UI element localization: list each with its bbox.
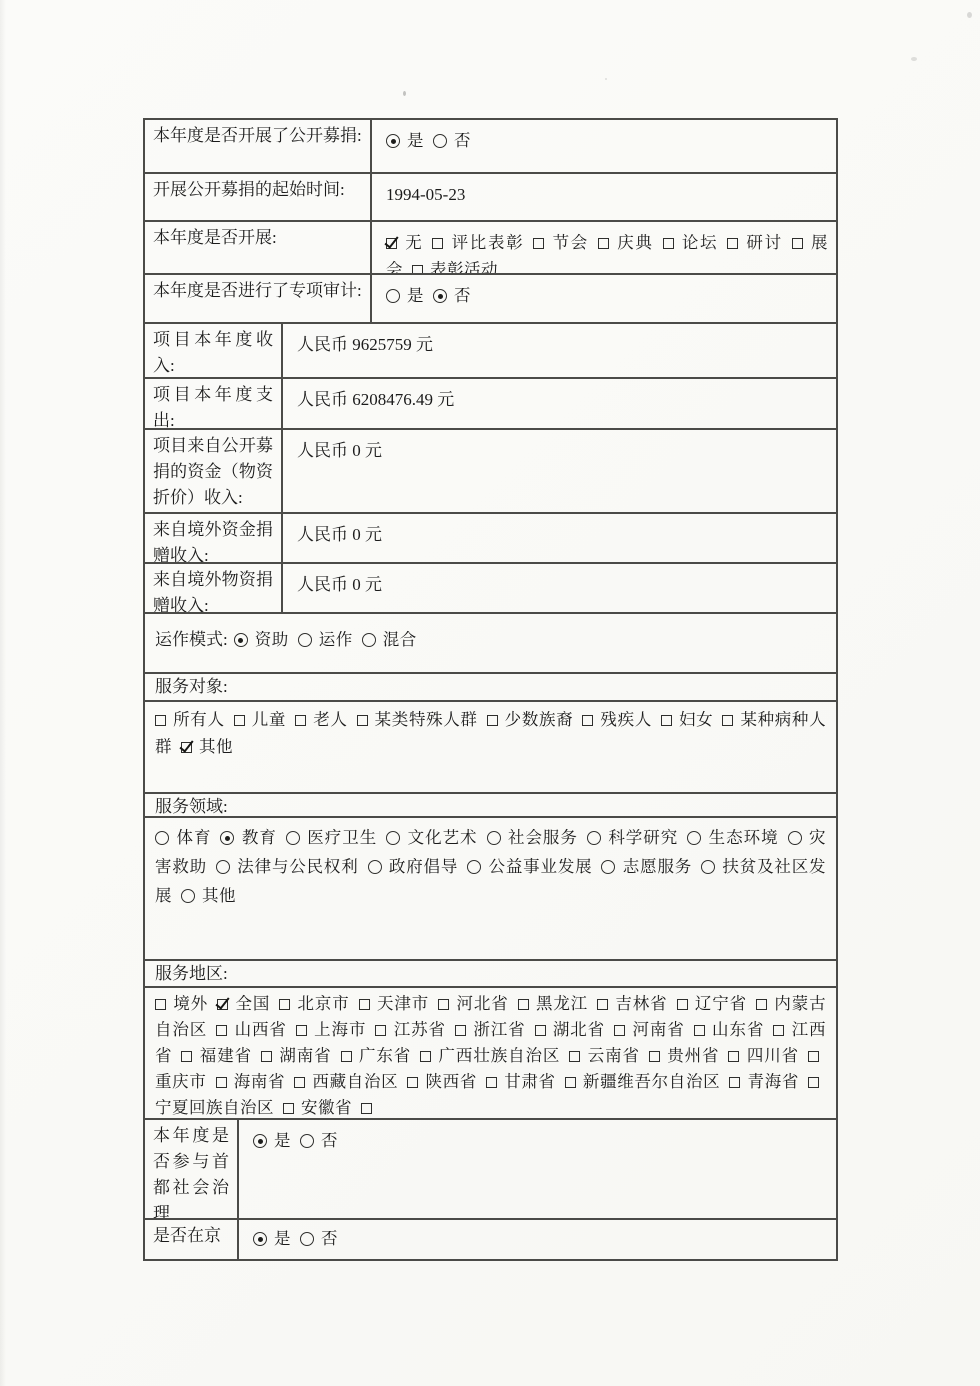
checkbox-option: 新疆维吾尔自治区 xyxy=(565,1072,721,1091)
checkbox-icon xyxy=(375,1025,386,1036)
section-header-service-area: 服务地区: xyxy=(145,961,836,988)
annual-report-form-table: 本年度是否开展了公开募捐: 是否 开展公开募捐的起始时间: 1994-05-23… xyxy=(143,118,838,1261)
money-value: 人民币 0 元 xyxy=(283,514,836,562)
checkbox-icon xyxy=(296,1025,307,1036)
section-header-service-field: 服务领域: xyxy=(145,794,836,818)
checkbox-icon xyxy=(598,238,609,249)
option-label: 评比表彰 xyxy=(450,233,524,252)
checkbox-group: 无评比表彰节会庆典论坛研讨展会表彰活动 xyxy=(386,233,828,273)
option-label: 上海市 xyxy=(314,1020,367,1039)
option-label: 河南省 xyxy=(632,1020,685,1039)
option-label: 安徽省 xyxy=(301,1098,352,1117)
checkbox-option: 全国 xyxy=(217,994,270,1013)
radio-option: 否 xyxy=(300,1229,338,1248)
option-label: 其他 xyxy=(202,886,236,905)
option-label: 混合 xyxy=(383,630,417,649)
checkbox-option: 湖南省 xyxy=(261,1046,332,1065)
checkbox-option: 某类特殊人群 xyxy=(357,710,478,729)
form-row-fundraising-start-date: 开展公开募捐的起始时间: 1994-05-23 xyxy=(145,174,836,222)
checkbox-option: 河北省 xyxy=(438,994,508,1013)
option-label: 黑龙江 xyxy=(536,994,588,1013)
scan-artifact xyxy=(605,78,607,80)
option-label: 残疾人 xyxy=(600,710,652,729)
option-label: 庆典 xyxy=(616,233,654,252)
option-label: 生态环境 xyxy=(708,828,778,847)
option-label: 是 xyxy=(274,1131,291,1150)
form-row-public-fundraising-income: 项目来自公开募捐的资金（物资折价）收入: 人民币 0 元 xyxy=(145,430,836,514)
scanned-document-page: 本年度是否开展了公开募捐: 是否 开展公开募捐的起始时间: 1994-05-23… xyxy=(0,0,980,1386)
radio-group: 体育教育医疗卫生文化艺术社会服务科学研究生态环境灾害救助法律与公民权利政府倡导公… xyxy=(155,828,826,905)
checkbox-option: 境外 xyxy=(155,994,208,1013)
radio-option: 体育 xyxy=(155,828,211,847)
radio-icon xyxy=(362,633,376,647)
option-label: 境外 xyxy=(173,994,208,1013)
option-label: 所有人 xyxy=(173,710,225,729)
radio-icon xyxy=(587,831,601,845)
radio-option: 政府倡导 xyxy=(368,857,459,876)
option-label: 陕西省 xyxy=(425,1072,477,1091)
option-label: 政府倡导 xyxy=(389,857,459,876)
option-label: 儿童 xyxy=(252,710,286,729)
option-label: 湖南省 xyxy=(279,1046,332,1065)
option-label: 山东省 xyxy=(712,1020,765,1039)
option-label: 医疗卫生 xyxy=(307,828,377,847)
option-label: 研讨 xyxy=(745,233,783,252)
option-label: 运作 xyxy=(319,630,353,649)
checkbox-icon xyxy=(216,1077,227,1088)
checkbox-option: 庆典 xyxy=(598,233,654,252)
option-label: 青海省 xyxy=(747,1072,799,1091)
option-label: 江苏省 xyxy=(393,1020,446,1039)
checkbox-option xyxy=(361,1098,379,1117)
option-label: 北京市 xyxy=(297,994,349,1013)
checkbox-option: 贵州省 xyxy=(649,1046,720,1065)
option-label: 公益事业发展 xyxy=(488,857,592,876)
checkbox-icon xyxy=(533,238,544,249)
option-label: 西藏自治区 xyxy=(312,1072,398,1091)
checkbox-checked-icon xyxy=(217,999,228,1010)
option-label: 文化艺术 xyxy=(407,828,477,847)
checkbox-option: 浙江省 xyxy=(455,1020,526,1039)
checkbox-option: 广东省 xyxy=(341,1046,412,1065)
checkbox-icon xyxy=(283,1103,294,1114)
radio-option: 志愿服务 xyxy=(601,857,692,876)
money-value: 人民币 6208476.49 元 xyxy=(283,379,836,428)
radio-option: 文化艺术 xyxy=(386,828,477,847)
option-label: 否 xyxy=(454,131,471,150)
option-label: 湖北省 xyxy=(553,1020,606,1039)
section-header-service-target: 服务对象: xyxy=(145,674,836,702)
radio-group: 是否 xyxy=(386,286,480,305)
checkbox-icon xyxy=(582,715,593,726)
option-label: 辽宁省 xyxy=(695,994,747,1013)
radio-icon xyxy=(386,831,400,845)
checkbox-option: 湖北省 xyxy=(535,1020,606,1039)
radio-selected-icon xyxy=(253,1134,267,1148)
row-label: 本年度是否进行了专项审计: xyxy=(145,275,372,322)
radio-selected-icon xyxy=(433,289,447,303)
checkbox-icon xyxy=(729,1077,740,1088)
checkbox-icon xyxy=(569,1051,580,1062)
checkbox-icon xyxy=(518,999,529,1010)
radio-option: 生态环境 xyxy=(687,828,778,847)
checkbox-option: 青海省 xyxy=(729,1072,799,1091)
checkbox-option: 表彰活动 xyxy=(412,260,498,273)
option-label: 天津市 xyxy=(377,994,429,1013)
option-label: 全国 xyxy=(235,994,270,1013)
option-label: 福建省 xyxy=(199,1046,252,1065)
checkbox-icon xyxy=(694,1025,705,1036)
radio-selected-icon xyxy=(386,134,400,148)
option-label: 重庆市 xyxy=(155,1072,207,1091)
row-label: 是否在京 xyxy=(145,1220,239,1259)
checkbox-icon xyxy=(663,238,674,249)
checkbox-icon xyxy=(565,1077,576,1088)
radio-icon xyxy=(788,831,802,845)
form-row-overseas-fund-income: 来自境外资金捐赠收入: 人民币 0 元 xyxy=(145,514,836,564)
checkbox-icon xyxy=(614,1025,625,1036)
radio-option: 科学研究 xyxy=(587,828,678,847)
checkbox-icon xyxy=(487,715,498,726)
form-row-in-beijing: 是否在京 是否 xyxy=(145,1220,836,1259)
row-label: 来自境外物资捐赠收入: xyxy=(145,564,283,612)
checkbox-option: 天津市 xyxy=(359,994,429,1013)
checkbox-option: 论坛 xyxy=(663,233,719,252)
option-label: 甘肃省 xyxy=(504,1072,556,1091)
scan-artifact xyxy=(403,91,406,96)
checkbox-option: 安徽省 xyxy=(283,1098,352,1117)
option-label: 宁夏回族自治区 xyxy=(155,1098,274,1117)
date-value: 1994-05-23 xyxy=(372,174,836,220)
money-value: 人民币 0 元 xyxy=(283,564,836,612)
checkbox-option: 广西壮族自治区 xyxy=(420,1046,560,1065)
checkbox-checked-icon xyxy=(386,238,397,249)
option-label: 否 xyxy=(454,286,471,305)
radio-option: 混合 xyxy=(362,630,417,649)
radio-icon xyxy=(433,134,447,148)
checkbox-icon xyxy=(486,1077,497,1088)
form-row-annual-income: 项目本年度收入: 人民币 9625759 元 xyxy=(145,324,836,379)
checkbox-option: 福建省 xyxy=(181,1046,252,1065)
checkbox-icon xyxy=(727,238,738,249)
checkbox-icon xyxy=(279,999,290,1010)
scan-artifact xyxy=(967,12,972,18)
checkbox-icon xyxy=(773,1025,784,1036)
checkbox-option: 陕西省 xyxy=(407,1072,477,1091)
radio-icon xyxy=(155,831,169,845)
checkbox-group: 所有人儿童老人某类特殊人群少数族裔残疾人妇女某种病种人群其他 xyxy=(155,710,826,756)
radio-option: 是 xyxy=(253,1131,291,1150)
option-label: 贵州省 xyxy=(667,1046,720,1065)
radio-icon xyxy=(487,831,501,845)
row-label: 项目来自公开募捐的资金（物资折价）收入: xyxy=(145,430,283,512)
option-label: 其他 xyxy=(199,737,233,756)
form-row-public-fundraising: 本年度是否开展了公开募捐: 是否 xyxy=(145,120,836,174)
radio-option: 是 xyxy=(253,1229,291,1248)
option-label: 河北省 xyxy=(456,994,508,1013)
checkbox-option: 江苏省 xyxy=(375,1020,446,1039)
row-label: 来自境外资金捐赠收入: xyxy=(145,514,283,562)
checkbox-icon xyxy=(756,999,767,1010)
option-label: 论坛 xyxy=(681,233,719,252)
section-header-label: 服务领域: xyxy=(155,797,228,816)
radio-selected-icon xyxy=(234,633,248,647)
radio-icon xyxy=(386,289,400,303)
row-label: 项目本年度支出: xyxy=(145,379,283,428)
option-label: 社会服务 xyxy=(508,828,578,847)
checkbox-option: 妇女 xyxy=(661,710,713,729)
checkbox-option: 河南省 xyxy=(614,1020,685,1039)
checkbox-option: 残疾人 xyxy=(582,710,652,729)
checkbox-option: 辽宁省 xyxy=(677,994,747,1013)
option-label: 四川省 xyxy=(746,1046,799,1065)
service-target-options: 所有人儿童老人某类特殊人群少数族裔残疾人妇女某种病种人群其他 xyxy=(145,702,836,794)
radio-option: 其他 xyxy=(181,886,236,905)
form-row-activities-held: 本年度是否开展: 无评比表彰节会庆典论坛研讨展会表彰活动 xyxy=(145,222,836,275)
section-header-label: 服务对象: xyxy=(155,677,228,696)
radio-icon xyxy=(300,1232,314,1246)
form-row-overseas-material-income: 来自境外物资捐赠收入: 人民币 0 元 xyxy=(145,564,836,614)
option-label: 是 xyxy=(407,286,424,305)
checkbox-option: 吉林省 xyxy=(597,994,667,1013)
checkbox-icon xyxy=(295,715,306,726)
checkbox-icon xyxy=(155,715,166,726)
option-label: 少数族裔 xyxy=(505,710,574,729)
checkbox-option: 上海市 xyxy=(296,1020,367,1039)
row-label: 本年度是否开展了公开募捐: xyxy=(145,120,372,172)
option-label: 体育 xyxy=(176,828,211,847)
radio-option: 否 xyxy=(300,1131,338,1150)
radio-option: 是 xyxy=(386,131,424,150)
checkbox-icon xyxy=(808,1077,819,1088)
radio-option: 否 xyxy=(433,131,471,150)
form-row-operation-mode: 运作模式:资助运作混合 xyxy=(145,614,836,674)
checkbox-icon xyxy=(412,265,423,273)
radio-icon xyxy=(181,889,195,903)
row-value: 是否 xyxy=(239,1120,836,1218)
option-label: 老人 xyxy=(313,710,347,729)
checkbox-icon xyxy=(181,1051,192,1062)
checkbox-option: 西藏自治区 xyxy=(294,1072,398,1091)
checkbox-option: 山西省 xyxy=(216,1020,287,1039)
checkbox-group: 境外全国北京市天津市河北省黑龙江吉林省辽宁省内蒙古自治区山西省上海市江苏省浙江省… xyxy=(155,994,826,1117)
radio-selected-icon xyxy=(220,831,234,845)
radio-option: 是 xyxy=(386,286,424,305)
checkbox-option: 甘肃省 xyxy=(486,1072,556,1091)
radio-icon xyxy=(701,860,715,874)
row-value: 是否 xyxy=(239,1220,836,1259)
form-row-special-audit: 本年度是否进行了专项审计: 是否 xyxy=(145,275,836,324)
checkbox-icon xyxy=(357,715,368,726)
option-label: 否 xyxy=(321,1131,338,1150)
checkbox-icon xyxy=(359,999,370,1010)
radio-icon xyxy=(216,860,230,874)
checkbox-icon xyxy=(808,1051,819,1062)
row-label: 本年度是否开展: xyxy=(145,222,372,273)
radio-icon xyxy=(368,860,382,874)
radio-group: 是否 xyxy=(253,1131,347,1150)
option-label: 无 xyxy=(404,233,423,252)
option-label: 志愿服务 xyxy=(622,857,692,876)
option-label: 节会 xyxy=(551,233,589,252)
option-label: 科学研究 xyxy=(608,828,678,847)
checkbox-icon xyxy=(792,238,803,249)
radio-option: 运作 xyxy=(298,630,353,649)
checkbox-icon xyxy=(407,1077,418,1088)
checkbox-option: 北京市 xyxy=(279,994,349,1013)
radio-option: 教育 xyxy=(220,828,276,847)
money-value: 人民币 0 元 xyxy=(283,430,836,512)
service-area-options: 境外全国北京市天津市河北省黑龙江吉林省辽宁省内蒙古自治区山西省上海市江苏省浙江省… xyxy=(145,988,836,1120)
radio-option: 否 xyxy=(433,286,471,305)
radio-group: 资助运作混合 xyxy=(234,630,426,649)
scan-artifact xyxy=(911,57,917,61)
checkbox-icon xyxy=(661,715,672,726)
form-row-annual-expense: 项目本年度支出: 人民币 6208476.49 元 xyxy=(145,379,836,430)
radio-group: 是否 xyxy=(386,131,480,150)
section-header-label: 服务地区: xyxy=(155,964,228,983)
option-label: 海南省 xyxy=(234,1072,286,1091)
option-label: 云南省 xyxy=(587,1046,640,1065)
radio-option: 资助 xyxy=(234,630,289,649)
option-label: 是 xyxy=(274,1229,291,1248)
checkbox-icon xyxy=(535,1025,546,1036)
checkbox-icon xyxy=(420,1051,431,1062)
radio-icon xyxy=(467,860,481,874)
checkbox-icon xyxy=(432,238,443,249)
checkbox-icon xyxy=(234,715,245,726)
checkbox-icon xyxy=(294,1077,305,1088)
checkbox-option: 山东省 xyxy=(694,1020,765,1039)
option-label: 吉林省 xyxy=(615,994,667,1013)
checkbox-option: 海南省 xyxy=(216,1072,286,1091)
checkbox-icon xyxy=(361,1103,372,1114)
checkbox-option: 所有人 xyxy=(155,710,225,729)
checkbox-option: 四川省 xyxy=(728,1046,799,1065)
row-label: 运作模式: xyxy=(155,630,228,649)
checkbox-option: 评比表彰 xyxy=(432,233,524,252)
checkbox-option: 节会 xyxy=(533,233,589,252)
radio-icon xyxy=(298,633,312,647)
checkbox-option: 儿童 xyxy=(234,710,286,729)
row-value: 是否 xyxy=(372,120,836,172)
checkbox-icon xyxy=(341,1051,352,1062)
checkbox-option: 其他 xyxy=(181,737,233,756)
checkbox-option: 无 xyxy=(386,233,423,252)
option-label: 广西壮族自治区 xyxy=(438,1046,560,1065)
checkbox-icon xyxy=(155,999,166,1010)
checkbox-checked-icon xyxy=(181,742,192,753)
row-label: 项目本年度收入: xyxy=(145,324,283,377)
checkbox-option: 老人 xyxy=(295,710,347,729)
option-label: 广东省 xyxy=(359,1046,412,1065)
option-label: 浙江省 xyxy=(473,1020,526,1039)
radio-option: 社会服务 xyxy=(487,828,578,847)
option-label: 某类特殊人群 xyxy=(375,710,478,729)
checkbox-icon xyxy=(728,1051,739,1062)
option-label: 山西省 xyxy=(234,1020,287,1039)
checkbox-icon xyxy=(597,999,608,1010)
radio-icon xyxy=(300,1134,314,1148)
checkbox-option: 云南省 xyxy=(569,1046,640,1065)
row-label: 开展公开募捐的起始时间: xyxy=(145,174,372,220)
checkbox-icon xyxy=(677,999,688,1010)
option-label: 法律与公民权利 xyxy=(237,857,359,876)
checkbox-option: 少数族裔 xyxy=(487,710,574,729)
option-label: 表彰活动 xyxy=(430,260,498,273)
row-value: 无评比表彰节会庆典论坛研讨展会表彰活动 xyxy=(372,222,836,273)
checkbox-option: 研讨 xyxy=(727,233,783,252)
checkbox-icon xyxy=(455,1025,466,1036)
checkbox-option: 黑龙江 xyxy=(518,994,588,1013)
radio-icon xyxy=(601,860,615,874)
service-field-options: 体育教育医疗卫生文化艺术社会服务科学研究生态环境灾害救助法律与公民权利政府倡导公… xyxy=(145,818,836,961)
checkbox-icon xyxy=(438,999,449,1010)
option-label: 是 xyxy=(407,131,424,150)
checkbox-icon xyxy=(216,1025,227,1036)
option-label: 妇女 xyxy=(679,710,713,729)
checkbox-icon xyxy=(261,1051,272,1062)
radio-icon xyxy=(687,831,701,845)
row-label: 本年度是否参与首都社会治理 xyxy=(145,1120,239,1218)
checkbox-icon xyxy=(722,715,733,726)
option-label: 教育 xyxy=(241,828,276,847)
radio-option: 医疗卫生 xyxy=(286,828,377,847)
form-row-capital-governance: 本年度是否参与首都社会治理 是否 xyxy=(145,1120,836,1220)
option-label: 否 xyxy=(321,1229,338,1248)
option-label: 资助 xyxy=(255,630,289,649)
money-value: 人民币 9625759 元 xyxy=(283,324,836,377)
row-value: 是否 xyxy=(372,275,836,322)
checkbox-icon xyxy=(649,1051,660,1062)
radio-option: 法律与公民权利 xyxy=(216,857,359,876)
option-label: 新疆维吾尔自治区 xyxy=(583,1072,721,1091)
radio-icon xyxy=(286,831,300,845)
radio-selected-icon xyxy=(253,1232,267,1246)
radio-group: 是否 xyxy=(253,1229,347,1248)
radio-option: 公益事业发展 xyxy=(467,857,592,876)
